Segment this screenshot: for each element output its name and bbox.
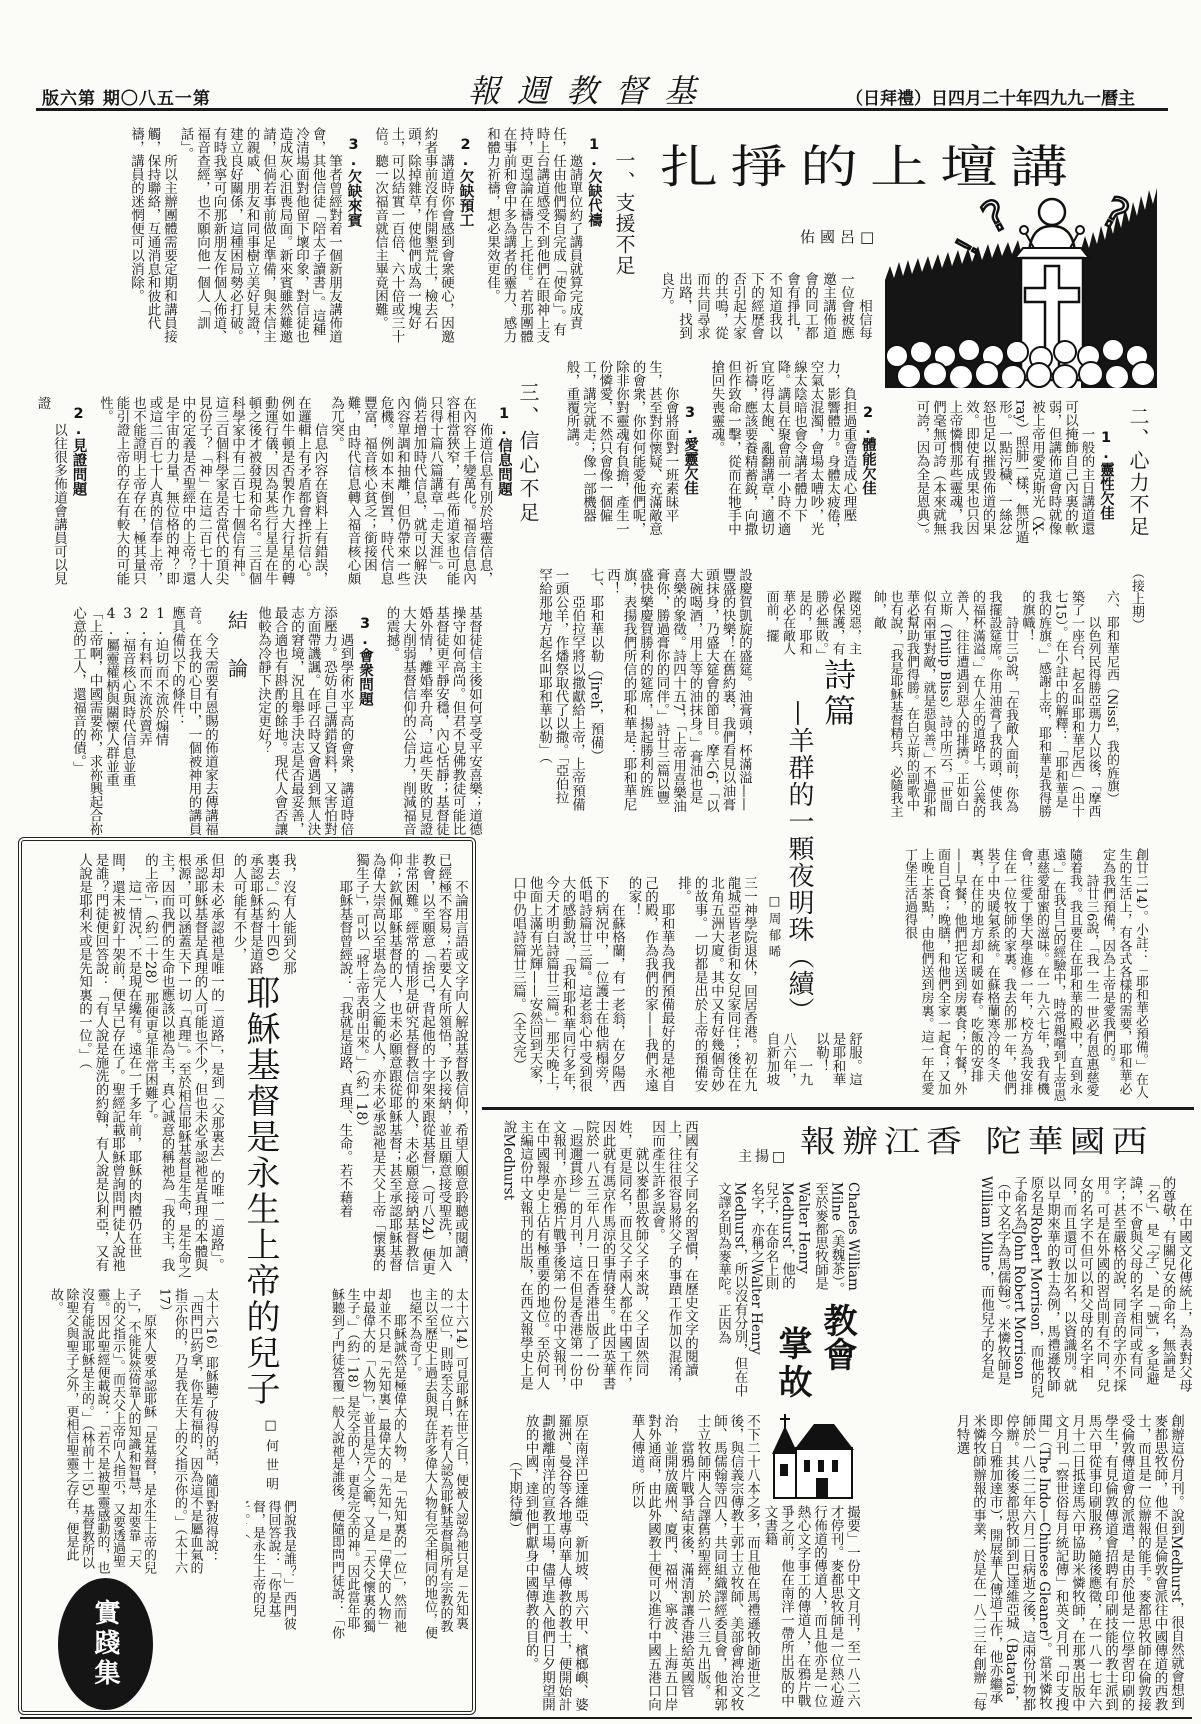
pulpit-article-author: □呂國佑 bbox=[800, 226, 879, 247]
paragraph: 但却未必承認祂是唯一的「道路」，是到「父那裏去」的唯一「道路」。承認耶穌基督是真… bbox=[142, 853, 225, 1280]
paragraph: 不下二十八本之多，而且他在馬禮遜牧師逝世之後，與信義宗傳教士郭士立牧師、美部會裨… bbox=[694, 1414, 760, 1712]
conclusion-heading: 結論 bbox=[228, 606, 245, 836]
subsection-heading: 3.欠缺來賓 bbox=[345, 127, 362, 345]
paragraph: 西國有父子同名的習慣，在歷史文字的閱讀上，往往很容易將父子的事蹟工作加以混淆，因… bbox=[649, 1120, 699, 1402]
paragraph: 以色列民得勝亞瑪力人以後，「摩西築了一座台，起名叫耶和華尼西」（出十七15）。在… bbox=[1018, 590, 1101, 820]
paragraph: 講道時你會感到會衆硬心，因邀約者事前沒有作開墾荒土，檢去石頭，除掉雜草，使他們成… bbox=[372, 127, 455, 345]
masthead: 基督教週報 bbox=[468, 66, 713, 112]
section-support-body: 1.欠缺代禱 邀請單位約了講員就算完成責任，任由他們獨自完成「使命」。有時上台講… bbox=[22, 127, 602, 345]
paragraph: 筆者曾經對着一個新朋友講佈道會，其他信徒「陪太子讀書」。這種冷清場面對他留下壞印… bbox=[177, 127, 342, 345]
paragraph: 三一神學院退休，回居香港。初在九龍城亞皆老街和女兒家同住；後住在北角五洲大廈。其… bbox=[675, 876, 758, 1104]
jesus-block-5: 們說我是誰？」西門彼得回答說：「你是基督，是永生上帝的兒子。」（ bbox=[246, 1500, 296, 1640]
paragraph: 名字，亦稱之Walter Henry Medhurst，所以沒有分別，但在中文譯… bbox=[715, 1182, 765, 1402]
subsection-love-souls: 3.愛靈欠佳 你會將面對一班素昧平生，甚至對你懷疑、充滿敵意的會衆，你如何能愛他… bbox=[563, 360, 698, 542]
psalms-author: □周郁晞 bbox=[766, 893, 782, 962]
paragraph: 一般的主日講道還可以掩飾自己內裏的軟弱，但講佈道會時就像被上帝用愛克斯光（X-r… bbox=[913, 400, 1095, 545]
paragraph: 詩廿三5說，「在我敵人面前，你為我擺設筵席。你用油膏了我的頭，使我的福杯滿溢。」… bbox=[870, 590, 1019, 820]
paragraph: 遇到學術水平高的會衆，講道時倍添壓力。恐妨自己講錯資料，又害怕對方面帶譏諷。在呼… bbox=[255, 606, 354, 836]
jesus-block-6: 太十六16）耶穌聽了彼得的話，隨即對彼得說：「西門巴約拿，你是有福的，因為這不是… bbox=[28, 1288, 218, 1576]
history-block-1: 在中國文化傳統上，為表對父母的尊敬，有關兒女的命名，無論是「名」、是「字」、是「… bbox=[862, 1176, 1192, 1402]
paragraph: 不論用言語或文字向人解說基督教信仰，希望人願意聆聽或閱讀，已經極不容易；若要人有… bbox=[353, 853, 469, 1280]
paragraph: Charles William Milne（美魏茶）。至於麥都思牧師是Walte… bbox=[765, 1182, 861, 1300]
section-divider-rule bbox=[482, 1107, 1194, 1110]
paragraph: 創廿二14）。小註：「耶和華必預備。」在人生的生活上，有各式各樣的需要，耶和華必… bbox=[1099, 848, 1149, 1104]
history-block-6: 撮要」一份中文月刊，至一八二六才停刊。麥都思牧師是一位熱心遊行佈道的傳道人，而且… bbox=[762, 1505, 860, 1712]
conclusion-prayer: 「上帝啊，中國需要祢，求祢興起合祢心意的工人，還福音的債。」 bbox=[70, 606, 103, 836]
paragraph: 這一情況，不是現在纔有。遠在一千多年前，耶穌的肉體仍在世間，還未被釘十架前，便早… bbox=[76, 853, 142, 1280]
paragraph: 以往很多佈道會講員可以見證 bbox=[34, 396, 67, 586]
jesus-article-title: 耶穌基督是永生上帝的兒子 bbox=[240, 975, 280, 1407]
paragraph: 太十六16）耶穌聽了彼得的話，隨即對彼得說：「西門巴約拿，你是有福的，因為這不是… bbox=[156, 1288, 218, 1576]
jesus-block-2: 我，沒有人能到父那裏去。」（約十四6）承認耶穌基督是道路的人可能有不少， bbox=[226, 853, 296, 975]
paragraph: 蹤兇惡，主必保護，有勝必無敗。」是的，耶和華必在敵人面前，擺 bbox=[762, 590, 861, 656]
newspaper-page: 第一五八〇期 第六版 基督教週報 主曆一九九四年十二月四日（禮拜日） 講壇上的掙… bbox=[0, 0, 1201, 1724]
conclusion-item: 1.迫切而不流於煽情 bbox=[152, 606, 169, 836]
intro-paragraph: 相信每一位會被應邀主講佈道會的同工都會有掙扎，不知道我以下的經歷會否引起大家的共… bbox=[657, 272, 873, 344]
church-building-icon bbox=[768, 1412, 858, 1500]
subsection-heading: 2.欠缺預工 bbox=[457, 127, 474, 345]
preacher-cartoon-illustration: ? ? ! bbox=[885, 188, 1157, 388]
conclusion-item: 2.有料而不流於賣弄 bbox=[136, 606, 153, 836]
history-block-2: Charles William Milne（美魏茶）。至於麥都思牧師是Walte… bbox=[765, 1182, 861, 1300]
issue-page-number: 第一五八〇期 第六版 bbox=[42, 84, 211, 109]
preacher-at-pulpit-icon: ? ? ! bbox=[885, 188, 1157, 388]
end-note: （全文完） bbox=[510, 1011, 526, 1072]
subsection-spirituality: 1.靈性欠佳 一般的主日講道還可以掩飾自己內裏的軟弱，但講佈道會時就像被上帝用愛… bbox=[878, 400, 1114, 545]
paragraph: 當鴉片戰爭結束後，滿清割讓香港給英國管治，並開放廣州、廈門、福州、寧波、上海五口… bbox=[628, 1414, 694, 1712]
to-be-continued-label: （下期待續） bbox=[506, 1414, 523, 1712]
subsection-heading: 2.見證問題 bbox=[70, 396, 87, 586]
continued-from-label: （接上期） bbox=[1124, 566, 1144, 648]
paragraph: 耶穌基督曾經說：「我就是道路、真理、生命。若不藉着 bbox=[336, 853, 353, 1280]
conclusion-paragraph: 今天需要有恩賜的佈道家去傳講福音。在我的心目中，一個被神用的講員應具備以下的條件… bbox=[169, 606, 219, 836]
subsection-audience: 3.會衆問題 遇到學術水平高的會衆，講道時倍添壓力。恐妨自己講錯資料，又害怕對方… bbox=[255, 606, 374, 836]
paragraph: 佈道信息有別於培靈信息，在內容上千變萬化。福音信息內容相當狹窄，有些佈道家也可能… bbox=[328, 396, 493, 586]
psalms-subtitle: —羊群的一顆夜明珠（續） bbox=[782, 700, 816, 1024]
psalms-block-b: 蹤兇惡，主必保護，有勝必無敗。」是的，耶和華必在敵人面前，擺 bbox=[757, 590, 861, 656]
jesus-article-author: □何世明 bbox=[262, 1418, 278, 1496]
jesus-block-1: 不論用言語或文字向人解說基督教信仰，希望人願意聆聽或閱讀，已經極不容易；若要人有… bbox=[298, 853, 468, 1280]
history-block-7: 不下二十八本之多，而且他在馬禮遜牧師逝世之後，與信義宗傳教士郭士立牧師、美部會裨… bbox=[590, 1414, 760, 1712]
paragraph: 詩廿三6說，「我一生一世必有恩惠慈愛隨着我。我且要住在耶和華的殿中，直到永遠。」… bbox=[901, 848, 1099, 1104]
history-block-3: 名字，亦稱之Walter Henry Medhurst，所以沒有分別，但在中文譯… bbox=[700, 1182, 764, 1402]
subsection-heading: 2.體能欠佳 bbox=[860, 360, 877, 542]
paragraph: 撮要」一份中文月刊，至一八二六才停刊。麥都思牧師是一位熱心遊行佈道的傳道人，而且… bbox=[762, 1505, 860, 1712]
paragraph: 一九八六年，自新加坡 bbox=[763, 1032, 813, 1088]
column-label-line2: 掌故 bbox=[773, 1326, 811, 1402]
section-heading-support: 一、支援不足 bbox=[612, 150, 636, 276]
paragraph: 邀請單位約了講員就算完成責任，任由他們獨自完成「使命」。有時上台講道感受不到他們… bbox=[484, 127, 583, 345]
header-rule bbox=[36, 108, 1168, 111]
paragraph-text: 在蘇格蘭，有一老翁，在夕陽西下的病況中，一位護士在他病榻旁，低唱詩篇廿三篇。這老… bbox=[510, 876, 625, 1099]
paragraph: 負担過重會造成心理壓力，影響體力。身體太疲倦，空氣太混濁，會場太嘈吵，光線太陰暗… bbox=[708, 360, 857, 542]
paragraph: 原來人要承認耶穌「是基督，是永生上帝的兒子」，不能徒然倚靠人的知識和智慧，却要靠… bbox=[48, 1288, 157, 1576]
paragraph: 舒服。這是耶和華以勒！ bbox=[813, 1032, 863, 1088]
section-faith-continued: 基督徒信主後如何享受平安喜樂；道德操守如何高尚。但君不見佛教徒可能比基督徒更平靜… bbox=[22, 606, 482, 836]
pulpit-intro: 相信每一位會被應邀主講佈道會的同工都會有掙扎，不知道我以下的經歷會否引起大家的共… bbox=[657, 272, 873, 344]
paragraph: 創辦這份月刊。說到Medhurst，很自然就會想到麥都思牧師，他不但是倫敦會派往… bbox=[953, 1414, 1184, 1712]
question-mark-icon: ? bbox=[974, 189, 1017, 243]
paragraph: 我，沒有人能到父那裏去。」（約十四6）承認耶穌基督是道路的人可能有不少， bbox=[230, 853, 296, 975]
section-heading-faith: 三、信心不足 bbox=[516, 382, 540, 526]
subsection-heading: 1.靈性欠佳 bbox=[1098, 400, 1115, 545]
issue-date: 主曆一九九四年十二月四日（禮拜日） bbox=[846, 84, 1135, 109]
subsection-guests: 3.欠缺來賓 筆者曾經對着一個新朋友講佈道會，其他信徒「陪太子讀書」。這種冷清場… bbox=[128, 127, 362, 345]
psalms-block-a: 六、耶和華尼西（Nissi，我的旌旗） 以色列民得勝亞瑪力人以後，「摩西築了一座… bbox=[867, 590, 1119, 820]
paragraph: 基督徒信主後如何享受平安喜樂；道德操守如何高尚。但君不見佛教徒可能比基督徒更平靜… bbox=[383, 606, 482, 836]
subsection-physical: 2.體能欠佳 負担過重會造成心理壓力，影響體力。身體太疲倦，空氣太混濁，會場太嘈… bbox=[708, 360, 876, 542]
psalms-block-f: 三一神學院退休，回居香港。初在九龍城亞皆老街和女兒家同住；後住在北角五洲大廈。其… bbox=[495, 876, 757, 1104]
subsection-heading: 1.信息問題 bbox=[496, 396, 513, 586]
subsection-prayer: 1.欠缺代禱 邀請單位約了講員就算完成責任，任由他們獨自完成「使命」。有時上台講… bbox=[484, 127, 603, 345]
paragraph: 設慶賀凱旋的盛筵。油膏頭，杯滿溢——豐盛的快樂！在舊約裏，我們看見以油膏頭抹身，… bbox=[604, 568, 753, 816]
section-faith-body: 1.信息問題 佈道信息有別於培靈信息，在內容上千變萬化。福音信息內容相當狹窄，有… bbox=[22, 396, 512, 586]
paragraph: 耶和華為我們預備最好的是祂自己的殿，作為我們的家——我們永遠的家！ bbox=[625, 876, 675, 1104]
subsection-heading: 3.會衆問題 bbox=[357, 606, 374, 836]
paragraph: 原在南洋巴達維亞、新加坡、馬六甲、檳榔嶼、婆羅洲、曼谷等各地專向華人傳教的教士，… bbox=[522, 1414, 588, 1712]
subsection-preparation: 2.欠缺預工 講道時你會感到會衆硬心，因邀約者事前沒有作開墾荒土，檢去石頭，除掉… bbox=[372, 127, 474, 345]
paragraph: 們說我是誰？」西門彼得回答說：「你是基督，是永生上帝的兒子。」（ bbox=[246, 1500, 296, 1640]
jesus-block-3: 但却未必承認祂是唯一的「道路」，是到「父那裏去」的唯一「道路」。承認耶穌基督是真… bbox=[28, 853, 224, 1280]
section-heading-strength: 二、心力不足 bbox=[1126, 406, 1150, 538]
paragraph: 所以主辦團體需要定期和講員接觸，保持聯絡，互通消息和彼此代禱，講員的迷惘便可以消… bbox=[128, 127, 178, 345]
column-label-line1: 教會 bbox=[818, 1303, 856, 1371]
paragraph: 在中國文化傳統上，為表對父母的尊敬，有關兒女的命名，無論是「名」、是「字」、是「… bbox=[978, 1176, 1193, 1402]
continued-label: （接上期） bbox=[1128, 566, 1145, 648]
practice-collection-logo: 實踐集 bbox=[58, 1578, 153, 1710]
subsection-heading: 3.愛靈欠佳 bbox=[682, 360, 699, 542]
paragraph: 太十六14）可見耶穌在世之日，便被人認為祂只是「先知裏的一位」，則時至今日，若有… bbox=[406, 1288, 468, 1640]
jesus-block-4: 太十六14）可見耶穌在世之日，便被人認為祂只是「先知裏的一位」，則時至今日，若有… bbox=[298, 1288, 468, 1640]
subsection-heading: 1.欠缺代禱 bbox=[586, 127, 603, 345]
conclusion-item: 3.福音核心與時代信息並重 bbox=[119, 606, 136, 836]
subsection-physical-and-love: 2.體能欠佳 負担過重會造成心理壓力，影響體力。身體太疲倦，空氣太混濁，會場太嘈… bbox=[558, 360, 876, 542]
history-block-4: 西國有父子同名的習慣，在歷史文字的閱讀上，往往很容易將父子的事蹟工作加以混淆，因… bbox=[482, 1120, 698, 1402]
pulpit-article-title: 講壇上的掙扎 bbox=[660, 130, 1080, 196]
paragraph: 信息內容在資料上有錯誤，在邏輯上有矛盾都會挫折信心。例如牛頓是否製作九大行星的轉… bbox=[97, 396, 328, 586]
subsection-testimony-continued: 基督徒信主後如何享受平安喜樂；道德操守如何高尚。但君不見佛教徒可能比基督徒更平靜… bbox=[383, 606, 482, 836]
history-block-5: 創辦這份月刊。說到Medhurst，很自然就會想到麥都思牧師，他不但是倫敦會派往… bbox=[862, 1414, 1184, 1712]
psalms-section7-heading: 七、耶和華以勒（Jireh，預備） bbox=[587, 568, 604, 816]
history-article-author: □揚主 bbox=[738, 1146, 788, 1166]
conclusion-item: 4.屬靈權柄與關懷人群並重 bbox=[103, 606, 120, 836]
paragraph: 你會將面對一班素昧平生，甚至對你懷疑、充滿敵意的會衆，你如何能愛他們呢，除非你對… bbox=[563, 360, 679, 542]
footer-rule bbox=[20, 1717, 1192, 1719]
paragraph: 在蘇格蘭，有一老翁，在夕陽西下的病況中，一位護士在他病榻旁，低唱詩篇廿三篇。這老… bbox=[510, 876, 626, 1104]
paragraph: 就以麥都思牧師父子來說，父子固然同姓，更是同名，而且父子兩人都在中國工作，因此就… bbox=[500, 1120, 649, 1402]
psalms-section6-heading: 六、耶和華尼西（Nissi，我的旌旗） bbox=[1103, 590, 1120, 820]
subsection-message: 1.信息問題 佈道信息有別於培靈信息，在內容上千變萬化。福音信息內容相當狹窄，有… bbox=[97, 396, 513, 586]
paragraph: 亞伯拉罕將以撒獻給上帝，上帝預備一頭公羊，作燔祭取代了以撒。「亞伯拉罕給那地方起… bbox=[536, 568, 586, 816]
practice-collection-label: 實踐集 bbox=[87, 1599, 124, 1689]
psalms-title: 詩篇 bbox=[820, 658, 856, 730]
psalms-block-e: 創廿二14）。小註：「耶和華必預備。」在人生的生活上，有各式各樣的需要，耶和華必… bbox=[862, 848, 1148, 1104]
history-block-8: 原在南洋巴達維亞、新加坡、馬六甲、檳榔嶼、婆羅洲、曼谷等各地專向華人傳教的教士，… bbox=[482, 1414, 588, 1712]
psalms-block-c: 設慶賀凱旋的盛筵。油膏頭，杯滿溢——豐盛的快樂！在舊約裏，我們看見以油膏頭抹身，… bbox=[495, 568, 752, 816]
psalms-block-f-short: 舒服。這是耶和華以勒！ 一九八六年，自新加坡 bbox=[760, 1032, 862, 1088]
paragraph: 耶穌誠然是極偉大的人物，是「先知裏的一位」，然而祂却並不只是「先知裏」最偉大的「… bbox=[329, 1288, 407, 1640]
history-article-title: 西國華陀 香江辦報 bbox=[800, 1118, 1153, 1161]
